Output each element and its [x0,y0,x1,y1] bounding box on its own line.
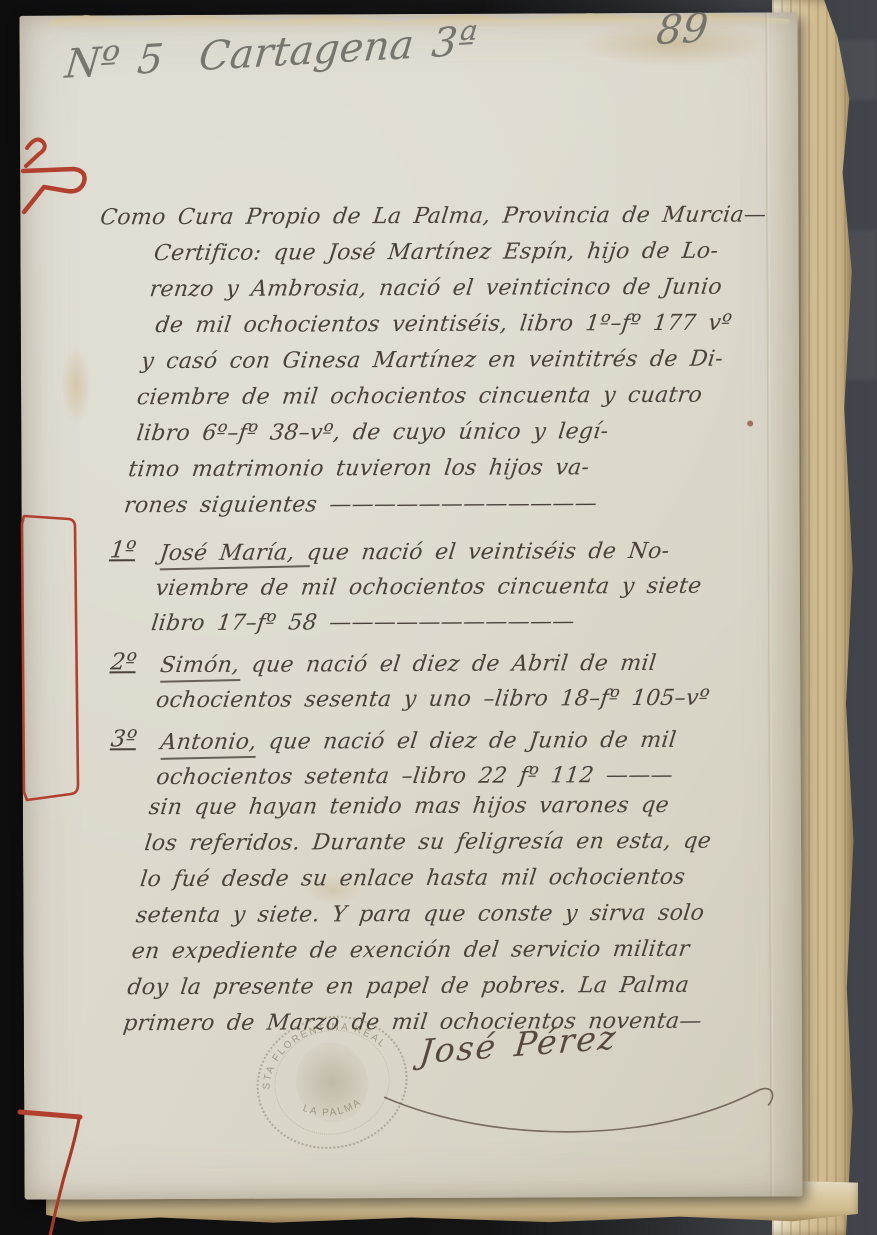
child-entry-2: 2º Simón, que nació el diez de Abril de … [104,647,716,720]
text-line: de mil ochocientos veintiséis, libro 1º–… [153,306,755,345]
certificate-closing-paragraph: sin que hayan tenido mas hijos varones q… [121,789,729,1044]
text-line: rones siguientes ———————————— [122,487,734,526]
text-line: ciembre de mil ochocientos cincuenta y c… [135,379,747,418]
entry-text: Antonio, que nació el diez de Junio de m… [154,724,679,796]
text-line: Como Cura Propio de La Palma, Provincia … [98,198,768,237]
text-line: libro 17–fº 58 ——————————— [149,605,699,642]
ink-spot [747,421,753,427]
text-line: Simón, que nació el diez de Abril de mil [158,647,715,684]
text-line: libro 6º–fº 38–vº, de cuyo único y legí- [134,415,742,454]
text-line: timo matrimonio tuvieron los hijos va- [126,451,738,490]
text-line: lo fué desde su enlace hasta mil ochocie… [138,861,721,900]
entry-text: José María, que nació el veintiséis de N… [149,535,707,642]
paper-crease [765,12,773,1196]
child-entry-3: 3º Antonio, que nació el diez de Junio d… [104,724,679,797]
child-entry-1: 1º José María, que nació el veintiséis d… [99,535,707,643]
entry-number: 1º [109,537,138,563]
text-line: los referidos. Durante su feligresía en … [142,825,725,864]
entry-number: 3º [109,726,138,752]
paper-stain [61,345,91,425]
text-line: doy la presente en papel de pobres. La P… [125,969,708,1008]
pencil-annotation: Nº 5 Cartagena 3ª 89 [63,5,711,88]
entry-number: 2º [109,649,138,675]
text-line: viembre de mil ochocientos cincuenta y s… [153,570,703,607]
certificate-opening-paragraph: Como Cura Propio de La Palma, Provincia … [122,198,768,525]
document-photo: Nº 5 Cartagena 3ª 89 Como Cura Propio de… [0,0,877,1235]
entry-text: Simón, que nació el diez de Abril de mil… [154,647,716,719]
text-line: renzo y Ambrosia, nació el veinticinco d… [147,270,759,309]
svg-text:LA PALMA: LA PALMA [299,1090,365,1126]
text-line: ochocientos sesenta y uno –libro 18–fº 1… [154,682,711,719]
text-line: en expediente de exención del servicio m… [129,933,712,972]
text-line: sin que hayan tenido mas hijos varones q… [147,789,730,828]
seal-arc-bottom-text: LA PALMA [299,1090,365,1126]
text-line: setenta y siete. Y para que conste y sir… [134,897,717,936]
text-line: y casó con Ginesa Martínez en veintitrés… [139,343,751,382]
certificate-page: Nº 5 Cartagena 3ª 89 Como Cura Propio de… [19,12,802,1199]
text-line: Certifico: que José Martínez Espín, hijo… [152,234,764,273]
